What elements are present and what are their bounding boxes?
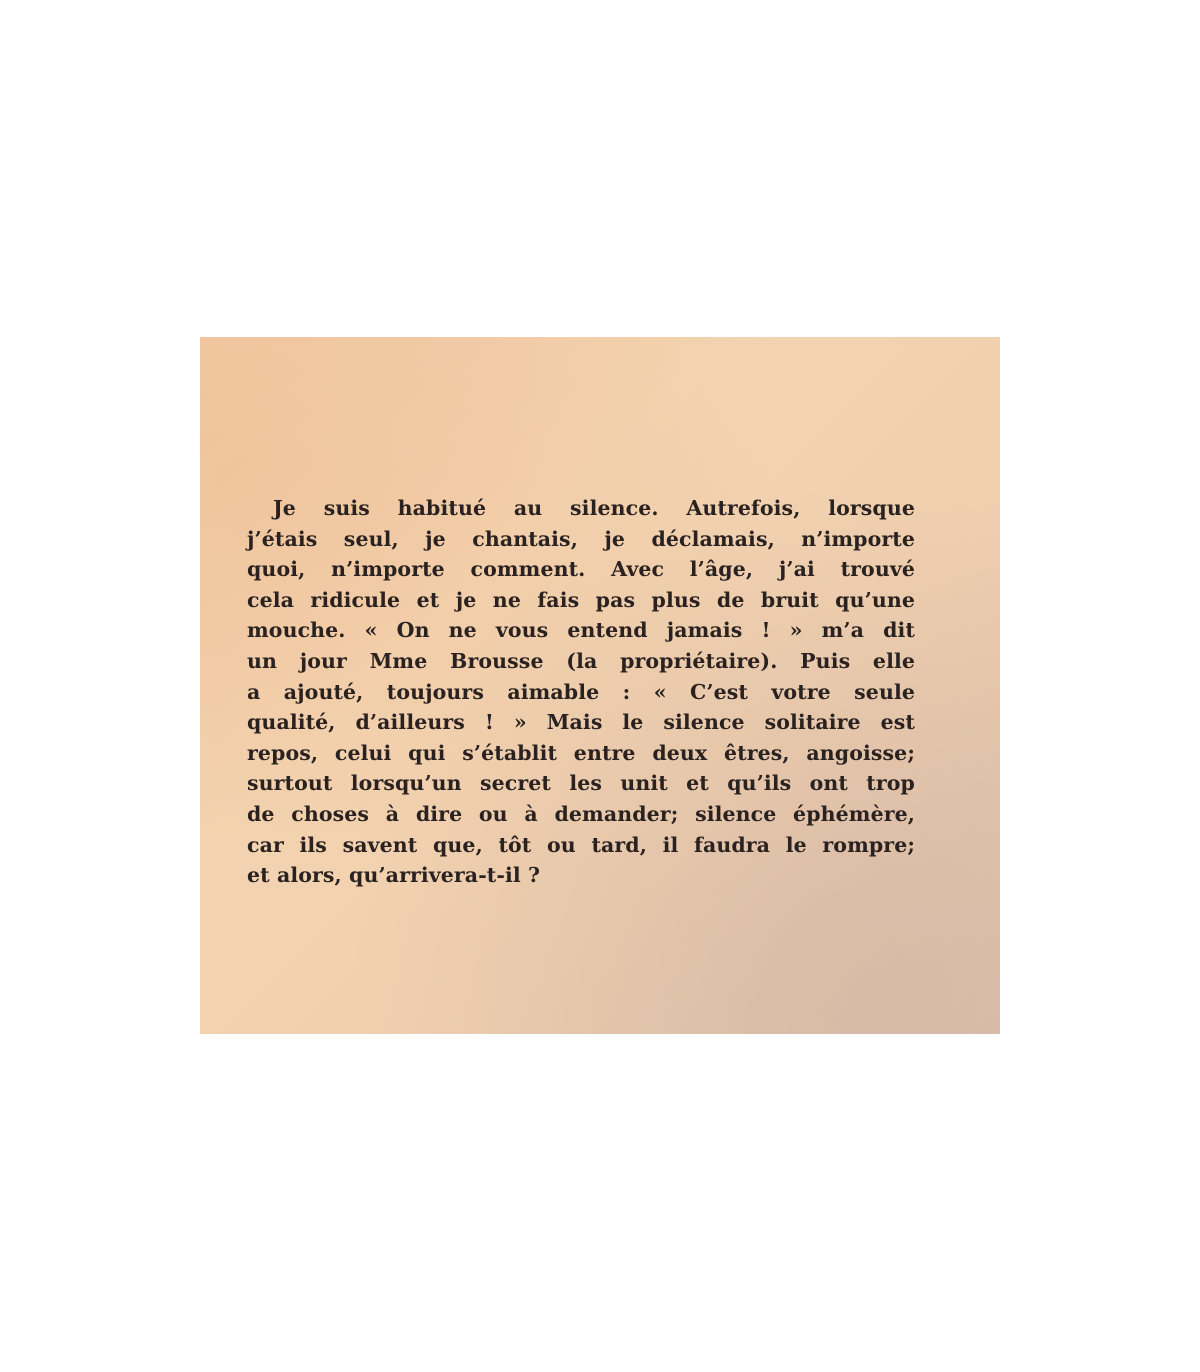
text-line: quoi, n’importe comment. Avec l’âge, j’a… <box>247 554 915 585</box>
text-line: qualité, d’ailleurs ! » Mais le silence … <box>247 707 915 738</box>
text-line: j’étais seul, je chantais, je déclamais,… <box>247 524 915 555</box>
text-line: repos, celui qui s’établit entre deux êt… <box>247 738 915 769</box>
text-line: un jour Mme Brousse (la propriétaire). P… <box>247 646 915 677</box>
paragraph: Je suis habitué au silence. Autrefois, l… <box>247 493 915 891</box>
text-line-last: et alors, qu’arrivera-t-il ? <box>247 860 915 891</box>
text-line: mouche. « On ne vous entend jamais ! » m… <box>247 615 915 646</box>
text-line: surtout lorsqu’un secret les unit et qu’… <box>247 768 915 799</box>
text-line: car ils savent que, tôt ou tard, il faud… <box>247 830 915 861</box>
scanned-page: Je suis habitué au silence. Autrefois, l… <box>200 337 1000 1034</box>
text-line: a ajouté, toujours aimable : « C’est vot… <box>247 677 915 708</box>
text-line: Je suis habitué au silence. Autrefois, l… <box>247 493 915 524</box>
text-line: de choses à dire ou à demander; silence … <box>247 799 915 830</box>
text-line: cela ridicule et je ne fais pas plus de … <box>247 585 915 616</box>
